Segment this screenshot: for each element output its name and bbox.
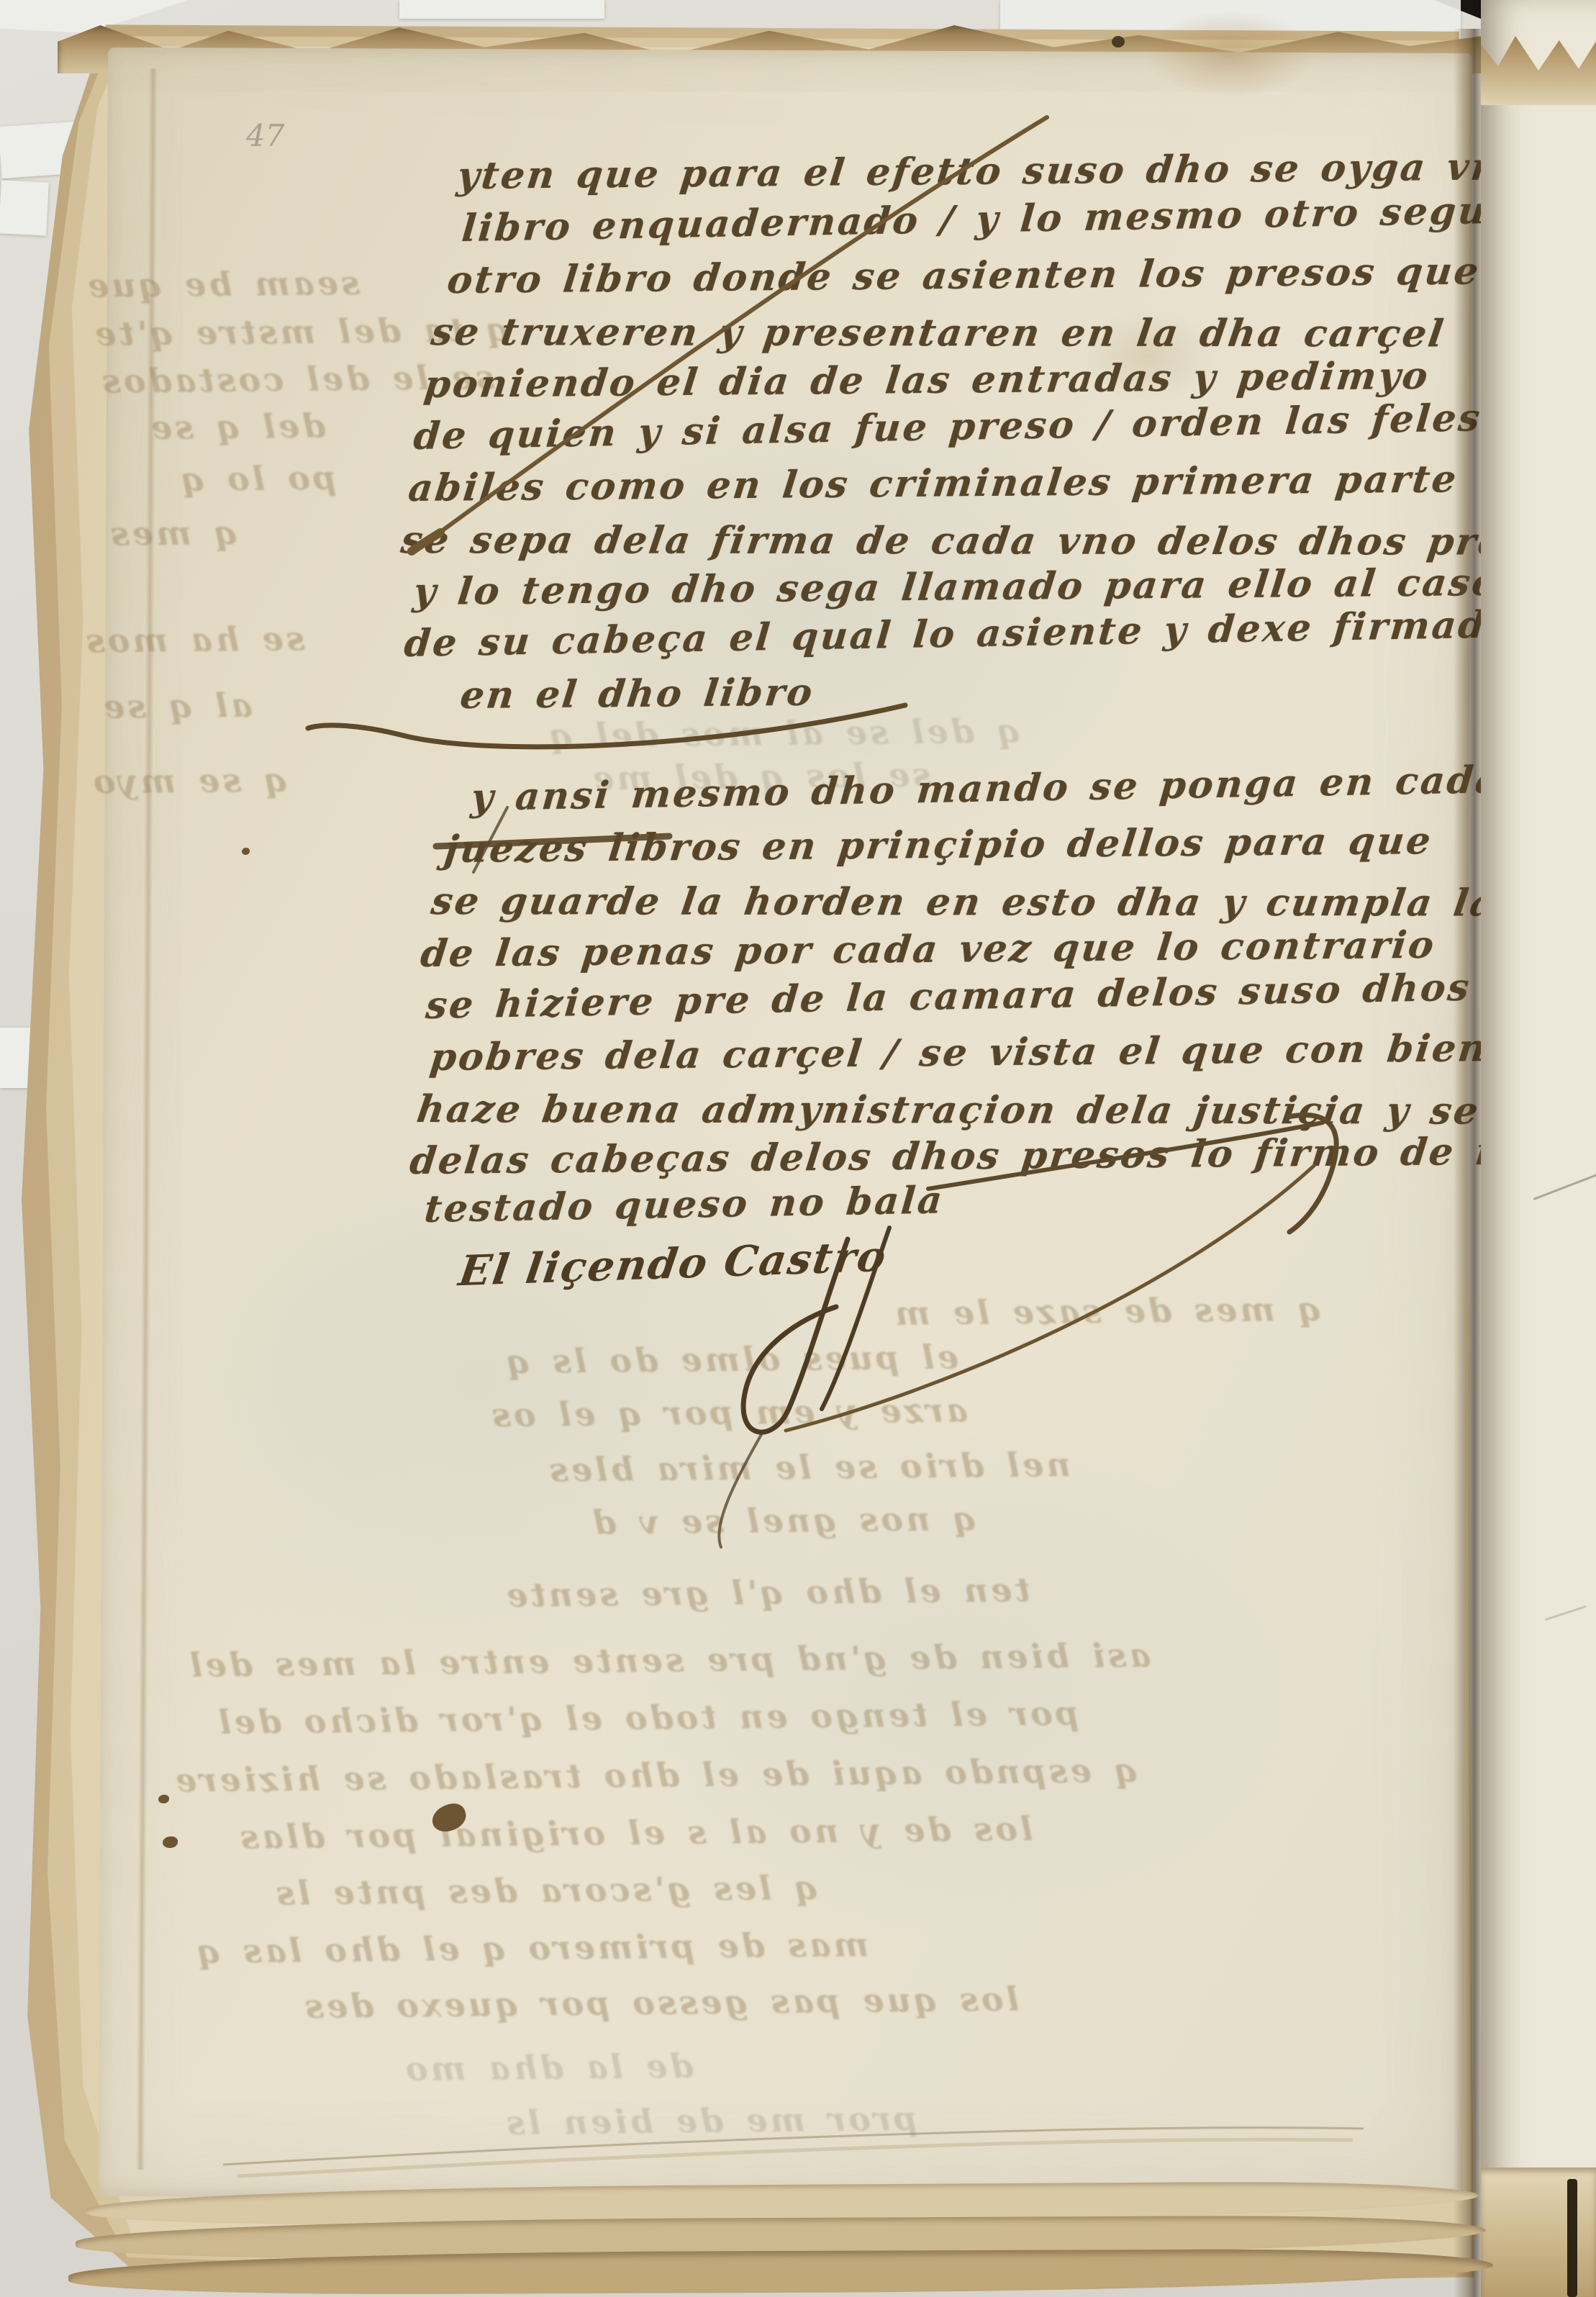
manuscript-photo: seam be que q ta del mstre q'te se le de… — [0, 0, 1596, 2297]
ink-flourishes — [0, 0, 1596, 2297]
next-page-bottom-edge — [1481, 2167, 1596, 2297]
binding-shadow-slit — [1567, 2179, 1577, 2297]
next-page-edge — [1481, 0, 1596, 2297]
